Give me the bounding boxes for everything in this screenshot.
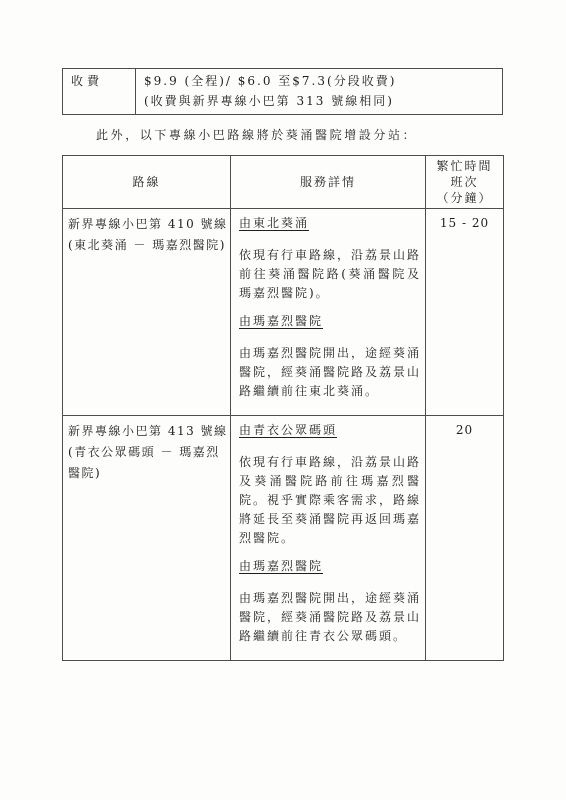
- direction-text: 由瑪嘉烈醫院開出，途經葵涌醫院，經葵涌醫院路及荔景山路繼續前往東北葵涌。: [239, 344, 421, 401]
- col-header-service: 服務詳情: [231, 156, 426, 209]
- routes-table: 路線 服務詳情 繁忙時間 班次 （分鐘） 新界專線小巴第 410 號線 (東北葵…: [62, 155, 504, 661]
- fee-table: 收費 $9.9 (全程)/ $6.0 至$7.3(分段收費) (收費與新界專線小…: [62, 68, 503, 115]
- frequency-header-line-3: （分鐘）: [428, 190, 501, 206]
- intro-paragraph: 此外，以下專線小巴路線將於葵涌醫院增設分站：: [96, 125, 417, 145]
- col-header-route: 路線: [63, 156, 231, 209]
- direction-text: 依現有行車路線，沿荔景山路及葵涌醫院路前往瑪嘉烈醫院。視乎實際乘客需求，路線將延…: [239, 453, 421, 548]
- frequency-header-line-2: 班次: [428, 174, 501, 190]
- fee-table-row: 收費 $9.9 (全程)/ $6.0 至$7.3(分段收費) (收費與新界專線小…: [63, 69, 503, 115]
- direction-heading: 由瑪嘉烈醫院: [239, 312, 323, 331]
- direction-text: 由瑪嘉烈醫院開出，途經葵涌醫院，經葵涌醫院路及荔景山路繼續前往青衣公眾碼頭。: [239, 589, 421, 646]
- fee-line-2: (收費與新界專線小巴第 313 號線相同): [144, 91, 496, 111]
- direction-heading: 由東北葵涌: [239, 214, 309, 233]
- route-destination: (東北葵涌 － 瑪嘉烈醫院): [68, 235, 228, 256]
- direction-text: 依現有行車路線，沿荔景山路前往葵涌醫院路(葵涌醫院及瑪嘉烈醫院)。: [239, 246, 421, 303]
- route-cell: 新界專線小巴第 410 號線 (東北葵涌 － 瑪嘉烈醫院): [63, 209, 231, 416]
- service-cell: 由青衣公眾碼頭 依現有行車路線，沿荔景山路及葵涌醫院路前往瑪嘉烈醫院。視乎實際乘…: [231, 416, 426, 661]
- fee-line-1: $9.9 (全程)/ $6.0 至$7.3(分段收費): [144, 71, 496, 91]
- route-destination: (青衣公眾碼頭 － 瑪嘉烈醫院): [68, 442, 228, 484]
- frequency-cell: 15 - 20: [426, 209, 504, 416]
- service-cell: 由東北葵涌 依現有行車路線，沿荔景山路前往葵涌醫院路(葵涌醫院及瑪嘉烈醫院)。 …: [231, 209, 426, 416]
- direction-heading: 由瑪嘉烈醫院: [239, 557, 323, 576]
- route-name: 新界專線小巴第 413 號線: [68, 421, 228, 442]
- table-row-route-410: 新界專線小巴第 410 號線 (東北葵涌 － 瑪嘉烈醫院) 由東北葵涌 依現有行…: [63, 209, 504, 416]
- table-header-row: 路線 服務詳情 繁忙時間 班次 （分鐘）: [63, 156, 504, 209]
- col-header-frequency: 繁忙時間 班次 （分鐘）: [426, 156, 504, 209]
- frequency-header-line-1: 繁忙時間: [428, 158, 501, 174]
- direction-heading: 由青衣公眾碼頭: [239, 421, 337, 440]
- frequency-cell: 20: [426, 416, 504, 661]
- fee-label-cell: 收費: [63, 69, 136, 115]
- route-cell: 新界專線小巴第 413 號線 (青衣公眾碼頭 － 瑪嘉烈醫院): [63, 416, 231, 661]
- route-name: 新界專線小巴第 410 號線: [68, 214, 228, 235]
- fee-value-cell: $9.9 (全程)/ $6.0 至$7.3(分段收費) (收費與新界專線小巴第 …: [136, 69, 503, 115]
- table-row-route-413: 新界專線小巴第 413 號線 (青衣公眾碼頭 － 瑪嘉烈醫院) 由青衣公眾碼頭 …: [63, 416, 504, 661]
- document-page: 收費 $9.9 (全程)/ $6.0 至$7.3(分段收費) (收費與新界專線小…: [0, 0, 566, 800]
